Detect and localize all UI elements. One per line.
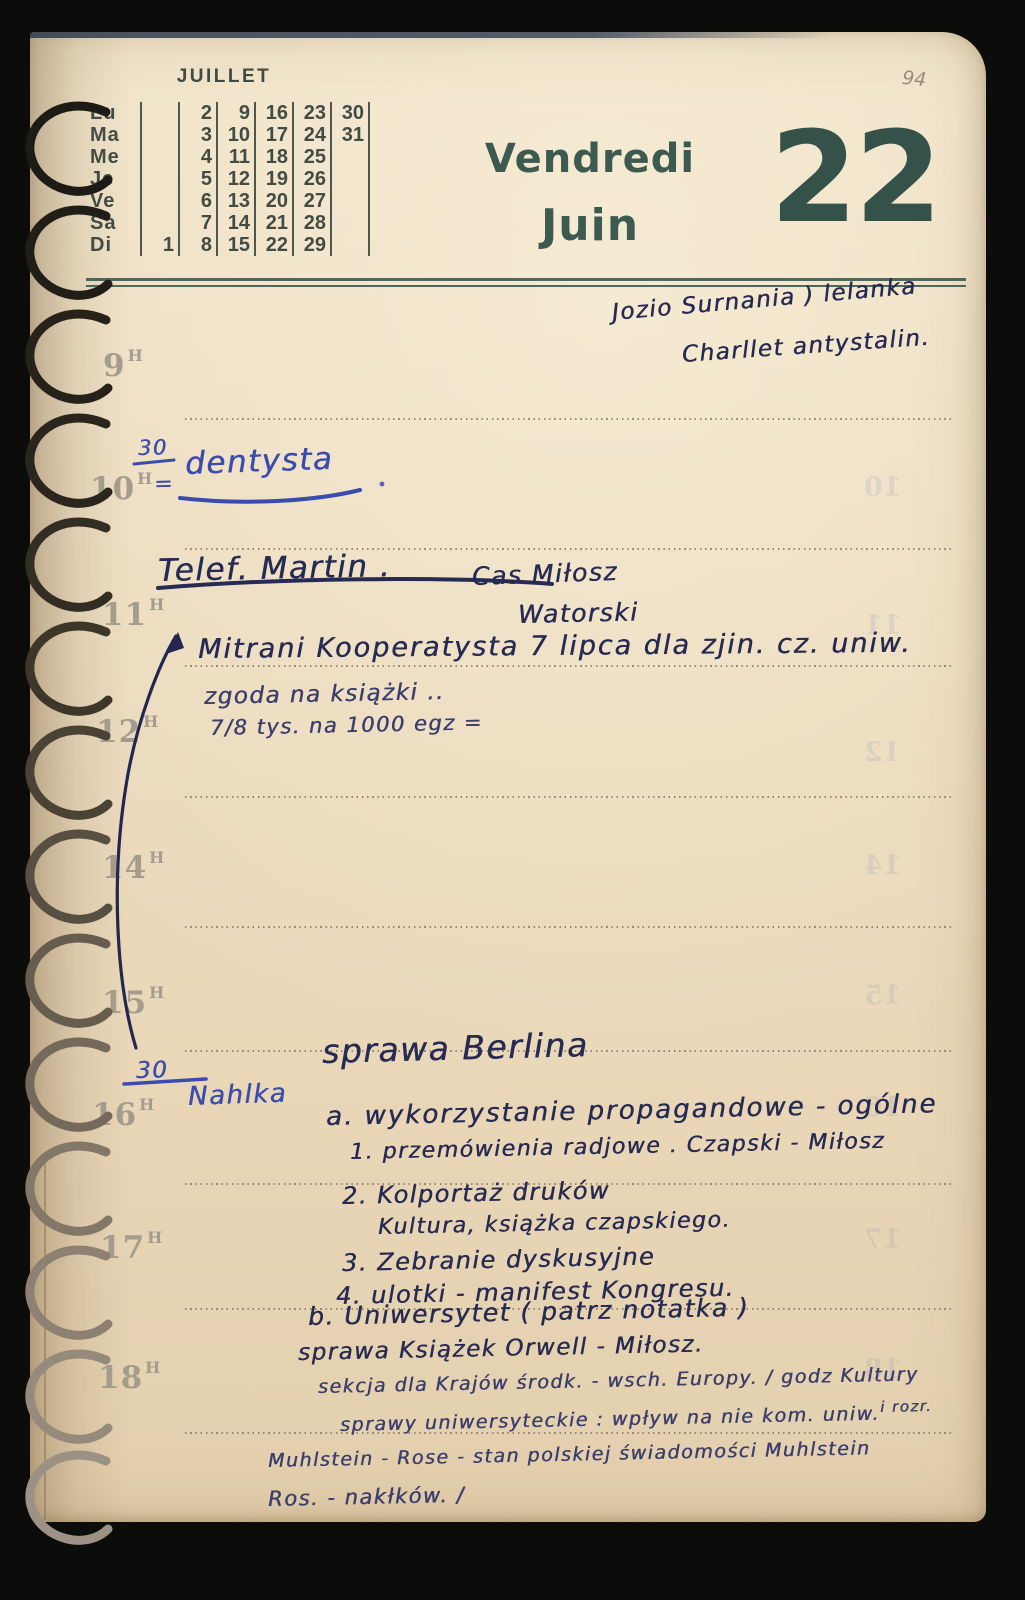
calendar-cell: 29	[293, 234, 331, 256]
note-mitrani: Mitrani Kooperatysta 7 lipca dla zjin. c…	[198, 628, 912, 665]
note-10h-dash: =	[154, 472, 174, 497]
ghost-hour: 14	[864, 850, 902, 882]
note-item-2b: Kultura, książka czapskiego.	[378, 1208, 731, 1240]
h10-30-underline	[134, 460, 174, 464]
calendar-cell	[331, 234, 369, 256]
calendar-cell: 27	[293, 190, 331, 212]
hour-suffix: H	[128, 346, 144, 365]
note-muhlstein: Muhlstein - Rose - stan polskiej świadom…	[268, 1437, 871, 1472]
hour-suffix: H	[149, 983, 165, 1002]
calendar-cell: 19	[255, 168, 293, 190]
calendar-cell: 30	[331, 102, 369, 124]
arrowhead	[166, 632, 184, 654]
calendar-cell: 2	[179, 102, 217, 124]
note-zgoda: zgoda na książki ..	[204, 679, 445, 710]
scanned-diary-photo: { "scan": { "pencil_page_number": "94" }…	[0, 0, 1025, 1600]
calendar-cell: 31	[331, 124, 369, 146]
day-number: 22	[770, 112, 939, 244]
hour-suffix: H	[137, 469, 153, 488]
calendar-cell: 3	[179, 124, 217, 146]
calendar-cell: 16	[255, 102, 293, 124]
note-10h-time: 30	[138, 435, 168, 460]
diary-page: 94 JUILLET Lu 2 9 16 23 30 Ma 3 10 17 24…	[30, 32, 986, 1522]
dotted-rule	[185, 665, 951, 667]
note-16h-name: Nahlka	[187, 1079, 287, 1112]
hour-suffix: H	[147, 1228, 163, 1247]
calendar-cell: 20	[255, 190, 293, 212]
calendar-cell: 26	[293, 168, 331, 190]
calendar-cell: 18	[255, 146, 293, 168]
weekday-title: Vendredi	[440, 136, 740, 182]
calendar-cell: 17	[255, 124, 293, 146]
calendar-row: Ve 6 13 20 27	[88, 190, 369, 212]
calendar-cell: 22	[255, 234, 293, 256]
calendar-cell: 11	[217, 146, 255, 168]
calendar-cell: 21	[255, 212, 293, 234]
calendar-cell: 5	[179, 168, 217, 190]
note-11h-call: Telef. Martin .	[158, 548, 392, 589]
calendar-cell	[331, 168, 369, 190]
note-sekcja: sekcja dla Krajów środk. - wsch. Europy.…	[318, 1363, 919, 1398]
calendar-cell	[141, 212, 179, 234]
calendar-cell: 12	[217, 168, 255, 190]
note-orwell: sprawa Książek Orwell - Miłosz.	[298, 1332, 704, 1366]
hour-suffix: H	[143, 712, 159, 731]
calendar-cell: 4	[179, 146, 217, 168]
calendar-row: Lu 2 9 16 23 30	[88, 102, 369, 124]
note-naklad: 7/8 tys. na 1000 egz =	[210, 710, 483, 740]
calendar-cell	[141, 124, 179, 146]
hour-suffix: H	[149, 848, 165, 867]
calendar-row: Je 5 12 19 26	[88, 168, 369, 190]
calendar-cell: 6	[179, 190, 217, 212]
dentysta-period	[380, 482, 385, 487]
note-top-right-line2: Charllet antystalin.	[681, 325, 931, 368]
calendar-cell	[331, 190, 369, 212]
dentysta-underline	[180, 490, 360, 502]
note-10h-entry: dentysta	[184, 441, 333, 482]
note-item-1: 1. przemówienia radjowe . Czapski - Miło…	[350, 1129, 886, 1165]
calendar-cell: 14	[217, 212, 255, 234]
mini-calendar-title: JUILLET	[88, 66, 360, 88]
month-title: Juin	[440, 200, 740, 251]
ghost-hour: 15	[864, 980, 902, 1012]
calendar-cell: 13	[217, 190, 255, 212]
calendar-row: Di 1 8 15 22 29	[88, 234, 369, 256]
note-item-a: a. wykorzystanie propagandowe - ogólne	[326, 1089, 938, 1132]
pencil-page-number: 94	[901, 67, 927, 91]
calendar-cell: 23	[293, 102, 331, 124]
page-top-edge	[30, 32, 833, 38]
calendar-cell: 15	[217, 234, 255, 256]
hour-suffix: H	[139, 1095, 155, 1114]
note-item-3: 3. Zebranie dyskusyjne	[342, 1242, 656, 1277]
calendar-cell: 10	[217, 124, 255, 146]
calendar-cell: 8	[179, 234, 217, 256]
mini-calendar-table: Lu 2 9 16 23 30 Ma 3 10 17 24 31 Me 4 11…	[88, 102, 370, 256]
note-item-2: 2. Kolportaż druków	[342, 1176, 610, 1210]
calendar-cell: 9	[217, 102, 255, 124]
dotted-rule	[185, 418, 951, 420]
calendar-cell	[331, 146, 369, 168]
calendar-cell: 24	[293, 124, 331, 146]
calendar-cell: 7	[179, 212, 217, 234]
calendar-cell	[141, 168, 179, 190]
note-ros: Ros. - nakłków. /	[268, 1483, 466, 1511]
spiral-binding	[0, 0, 125, 1600]
calendar-cell	[141, 146, 179, 168]
note-11h-name2: Watorski	[518, 597, 639, 629]
dotted-rule	[185, 1432, 951, 1434]
dotted-rule	[185, 796, 951, 798]
calendar-cell: 1	[141, 234, 179, 256]
ghost-hour: 17	[864, 1224, 902, 1256]
calendar-cell	[141, 102, 179, 124]
calendar-cell: 25	[293, 146, 331, 168]
calendar-row: Me 4 11 18 25	[88, 146, 369, 168]
calendar-cell: 28	[293, 212, 331, 234]
calendar-row: Sa 7 14 21 28	[88, 212, 369, 234]
note-sekcja-cont: i rozr.	[880, 1397, 933, 1416]
calendar-cell	[331, 212, 369, 234]
hour-suffix: H	[149, 595, 165, 614]
calendar-cell	[141, 190, 179, 212]
note-11h-name1: Cas Miłosz	[471, 557, 618, 591]
dotted-rule	[185, 926, 951, 928]
note-sprawy: sprawy uniwersyteckie : wpływ na nie kom…	[340, 1403, 880, 1436]
note-16h-time: 30	[136, 1057, 169, 1084]
ghost-hour: 12	[864, 737, 902, 769]
note-berlin-title: sprawa Berlina	[321, 1025, 589, 1071]
calendar-row: Ma 3 10 17 24 31	[88, 124, 369, 146]
hour-suffix: H	[145, 1358, 161, 1377]
ghost-hour: 10	[864, 472, 902, 504]
